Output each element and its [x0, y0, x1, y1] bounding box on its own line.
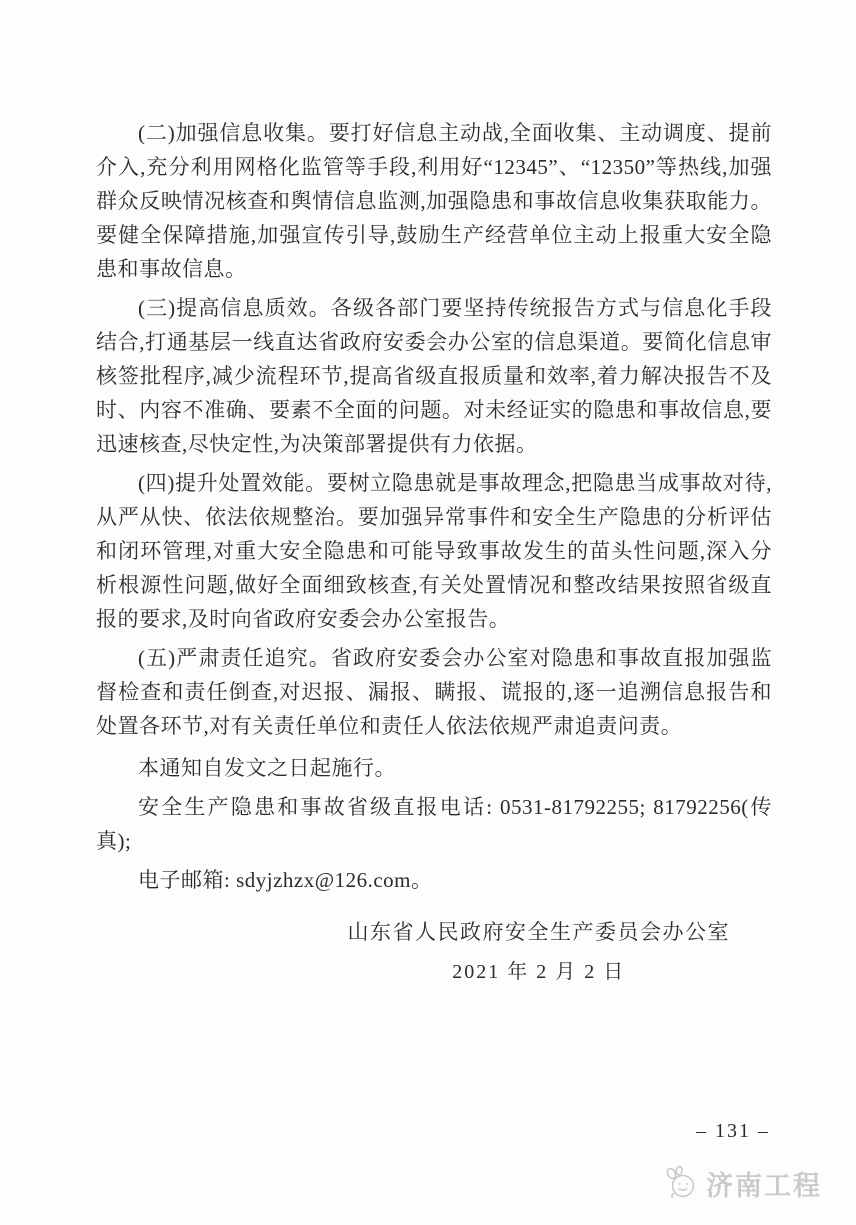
- email-info: 电子邮箱: sdyjzhzx@126.com。: [96, 863, 772, 897]
- paragraph-item-5: (五)严肃责任追究。省政府安委会办公室对隐患和事故直报加强监督检查和责任倒查,对…: [96, 641, 772, 743]
- watermark: 济南工程: [663, 1164, 822, 1203]
- signature-date: 2021 年 2 月 2 日: [348, 952, 731, 992]
- document-body: (二)加强信息收集。要打好信息主动战,全面收集、主动调度、提前介入,充分利用网格…: [96, 116, 772, 902]
- page-number: – 131 –: [696, 1120, 770, 1143]
- hotline-info: 安全生产隐患和事故省级直报电话: 0531-81792255; 81792256…: [96, 790, 772, 858]
- effective-date-notice: 本通知自发文之日起施行。: [96, 751, 772, 785]
- paragraph-item-2: (二)加强信息收集。要打好信息主动战,全面收集、主动调度、提前介入,充分利用网格…: [96, 116, 772, 286]
- watermark-label: 济南工程: [706, 1164, 822, 1203]
- signature-block: 山东省人民政府安全生产委员会办公室 2021 年 2 月 2 日: [96, 912, 770, 992]
- signature-inner: 山东省人民政府安全生产委员会办公室 2021 年 2 月 2 日: [348, 912, 731, 992]
- paragraph-item-4: (四)提升处置效能。要树立隐患就是事故理念,把隐患当成事故对待,从严从快、依法依…: [96, 466, 772, 636]
- document-page: (二)加强信息收集。要打好信息主动战,全面收集、主动调度、提前介入,充分利用网格…: [0, 0, 856, 1225]
- signature-organization: 山东省人民政府安全生产委员会办公室: [348, 912, 731, 952]
- paragraph-item-3: (三)提高信息质效。各级各部门要坚持传统报告方式与信息化手段结合,打通基层一线直…: [96, 291, 772, 461]
- mascot-face-logo-icon: [663, 1165, 701, 1203]
